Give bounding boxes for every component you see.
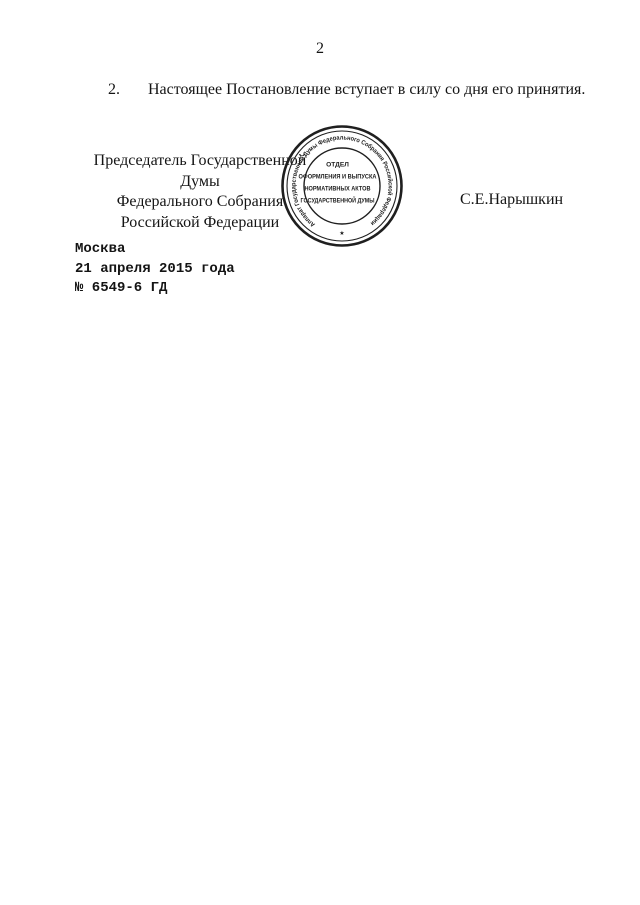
- issuance-city: Москва: [75, 240, 235, 260]
- stamp-star-icon: ★: [339, 230, 344, 237]
- issuance-date: 21 апреля 2015 года: [75, 260, 235, 280]
- issuance-document-number: № 6549-6 ГД: [75, 279, 235, 299]
- document-page: 2 2. Настоящее Постановление вступает в …: [0, 0, 640, 905]
- paragraph-item-text: Настоящее Постановление вступает в силу …: [148, 81, 585, 99]
- stamp-center-line-3: НОРМАТИВНЫХ АКТОВ: [305, 186, 372, 193]
- stamp-center-line-1: ОТДЕЛ: [326, 162, 349, 169]
- paragraph-item-number: 2.: [108, 81, 120, 99]
- official-round-stamp: Аппарат Государственной Думы Федеральног…: [280, 124, 404, 248]
- page-number: 2: [0, 40, 640, 58]
- issuance-block: Москва 21 апреля 2015 года № 6549-6 ГД: [75, 240, 235, 299]
- stamp-center-line-4: ГОСУДАРСТВЕННОЙ ДУМЫ: [301, 197, 375, 205]
- stamp-center-line-2: ОФОРМЛЕНИЯ И ВЫПУСКА: [299, 174, 378, 181]
- signer-name: С.Е.Нарышкин: [460, 191, 563, 209]
